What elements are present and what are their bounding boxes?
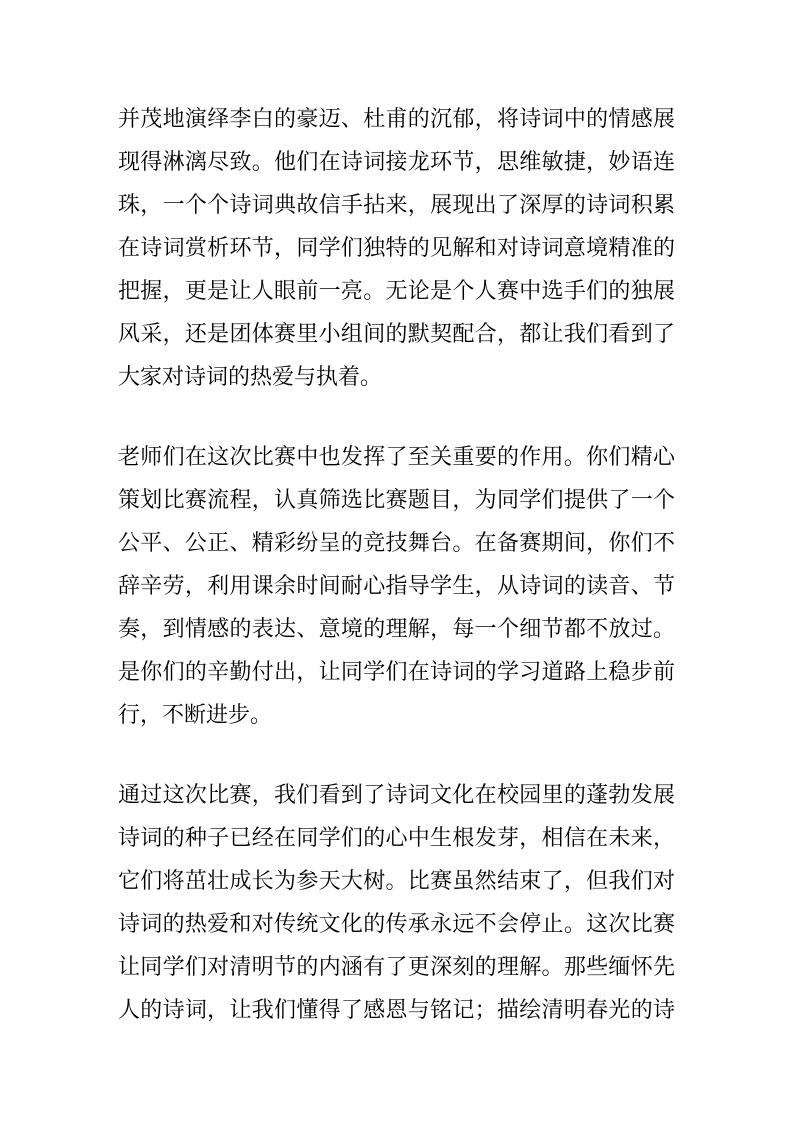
text-line: 行，不断进步。 <box>118 693 675 736</box>
text-line: 现得淋漓尽致。他们在诗词接龙环节，思维敏捷，妙语连 <box>118 140 675 183</box>
paragraph: 并茂地演绎李白的豪迈、杜甫的沉郁，将诗词中的情感展 现得淋漓尽致。他们在诗词接龙… <box>118 97 675 398</box>
text-line: 是你们的辛勤付出，让同学们在诗词的学习道路上稳步前 <box>118 650 675 693</box>
paragraph: 老师们在这次比赛中也发挥了至关重要的作用。你们精心 策划比赛流程，认真筛选比赛题… <box>118 435 675 736</box>
text-line: 诗词的热爱和对传统文化的传承永远不会停止。这次比赛 <box>118 902 675 945</box>
text-line: 公平、公正、精彩纷呈的竞技舞台。在备赛期间，你们不 <box>118 521 675 564</box>
text-line: 辞辛劳，利用课余时间耐心指导学生，从诗词的读音、节 <box>118 564 675 607</box>
text-line: 珠，一个个诗词典故信手拈来，展现出了深厚的诗词积累 <box>118 183 675 226</box>
text-line: 人的诗词，让我们懂得了感恩与铭记；描绘清明春光的诗 <box>118 988 675 1031</box>
text-line: 在诗词赏析环节，同学们独特的见解和对诗词意境精准的 <box>118 226 675 269</box>
text-line: 奏，到情感的表达、意境的理解，每一个细节都不放过。 <box>118 607 675 650</box>
text-line: 策划比赛流程，认真筛选比赛题目，为同学们提供了一个 <box>118 478 675 521</box>
text-line: 并茂地演绎李白的豪迈、杜甫的沉郁，将诗词中的情感展 <box>118 97 675 140</box>
text-line: 它们将茁壮成长为参天大树。比赛虽然结束了，但我们对 <box>118 859 675 902</box>
text-line: 诗词的种子已经在同学们的心中生根发芽，相信在未来， <box>118 816 675 859</box>
text-line: 通过这次比赛，我们看到了诗词文化在校园里的蓬勃发展 <box>118 773 675 816</box>
text-line: 把握，更是让人眼前一亮。无论是个人赛中选手们的独展 <box>118 269 675 312</box>
text-line: 风采，还是团体赛里小组间的默契配合，都让我们看到了 <box>118 312 675 355</box>
paragraph: 通过这次比赛，我们看到了诗词文化在校园里的蓬勃发展 诗词的种子已经在同学们的心中… <box>118 773 675 1031</box>
document-page: 并茂地演绎李白的豪迈、杜甫的沉郁，将诗词中的情感展 现得淋漓尽致。他们在诗词接龙… <box>0 0 793 1122</box>
text-line: 老师们在这次比赛中也发挥了至关重要的作用。你们精心 <box>118 435 675 478</box>
text-line: 大家对诗词的热爱与执着。 <box>118 355 675 398</box>
text-line: 让同学们对清明节的内涵有了更深刻的理解。那些缅怀先 <box>118 945 675 988</box>
